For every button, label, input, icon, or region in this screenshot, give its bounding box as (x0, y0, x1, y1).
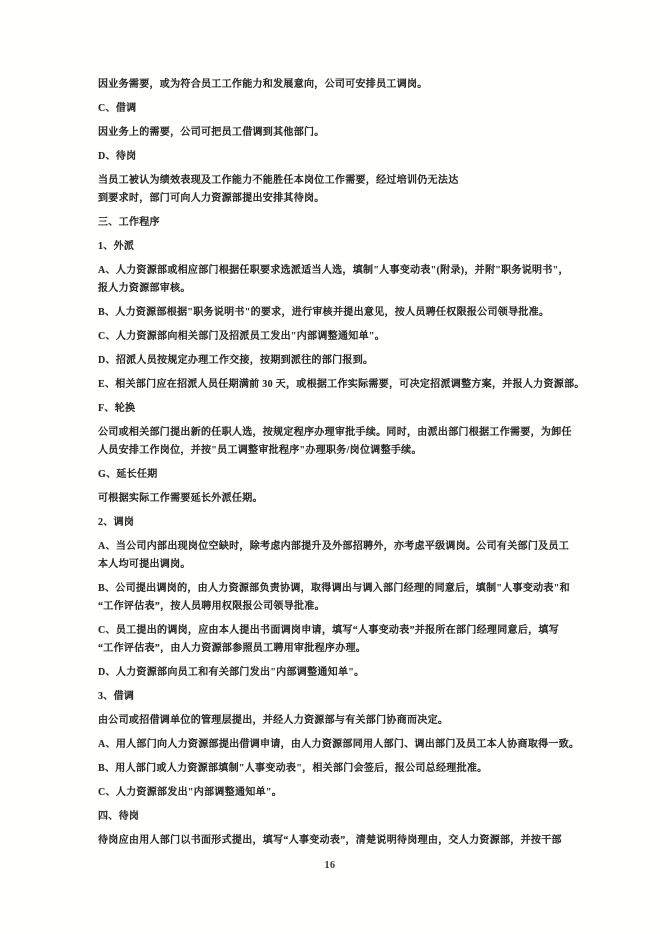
text-line: C、员工提出的调岗，应由本人提出书面调岗申请，填写“人事变动表”并报所在部门经理… (98, 622, 620, 640)
text-line: B、公司提出调岗的，由人力资源部负责协调，取得调出与调入部门经理的同意后，填制"… (98, 580, 620, 598)
document-content: 因业务需要，或为符合员工工作能力和发展意向，公司可安排员工调岗。 C、借调 因业… (0, 76, 660, 850)
text-line: F、轮换 (98, 400, 620, 418)
text-line: 2、调岗 (98, 514, 620, 532)
text-line: 可根据实际工作需要延长外派任期。 (98, 490, 620, 508)
text-line: 四、待岗 (98, 808, 620, 826)
paragraph: D、人力资源部向员工和有关部门发出"内部调整通知单"。 (98, 664, 620, 682)
paragraph: 2、调岗 (98, 514, 620, 532)
section-heading: 四、待岗 (98, 808, 620, 826)
paragraph: D、待岗 (98, 148, 620, 166)
page-number: 16 (0, 858, 660, 874)
paragraph: 由公司或招借调单位的管理层提出，并经人力资源部与有关部门协商而决定。 (98, 712, 620, 730)
paragraph: B、人力资源部根据"职务说明书"的要求，进行审核并提出意见，按人员聘任权限报公司… (98, 304, 620, 322)
paragraph: C、人力资源部发出"内部调整通知单"。 (98, 784, 620, 802)
text-line: A、用人部门向人力资源部提出借调申请，由人力资源部同用人部门、调出部门及员工本人… (98, 736, 620, 754)
paragraph: 当员工被认为绩效表现及工作能力不能胜任本岗位工作需要，经过培训仍无法达 到要求时… (98, 172, 620, 208)
text-line: D、人力资源部向员工和有关部门发出"内部调整通知单"。 (98, 664, 620, 682)
paragraph: F、轮换 (98, 400, 620, 418)
paragraph: B、用人部门或人力资源部填制"人事变动表"，相关部门会签后，报公司总经理批准。 (98, 760, 620, 778)
paragraph: 3、借调 (98, 688, 620, 706)
paragraph: A、人力资源部或相应部门根据任职要求选派适当人选，填制"人事变动表"(附录)，并… (98, 262, 620, 298)
paragraph: B、公司提出调岗的，由人力资源部负责协调，取得调出与调入部门经理的同意后，填制"… (98, 580, 620, 616)
text-line: 因业务需要，或为符合员工工作能力和发展意向，公司可安排员工调岗。 (98, 76, 620, 94)
paragraph: 因业务需要，或为符合员工工作能力和发展意向，公司可安排员工调岗。 (98, 76, 620, 94)
paragraph: A、当公司内部出现岗位空缺时，除考虑内部提升及外部招聘外，亦考虑平级调岗。公司有… (98, 538, 620, 574)
paragraph: 公司或相关部门提出新的任职人选，按规定程序办理审批手续。同时，由派出部门根据工作… (98, 424, 620, 460)
text-line: 到要求时，部门可向人力资源部提出安排其待岗。 (98, 190, 620, 208)
text-line: D、待岗 (98, 148, 620, 166)
paragraph: C、借调 (98, 100, 620, 118)
text-line: “工作评估表”，由人力资源部参照员工聘用审批程序办理。 (98, 640, 620, 658)
text-line: C、人力资源部向相关部门及招派员工发出"内部调整通知单"。 (98, 328, 620, 346)
section-heading: 三、工作程序 (98, 214, 620, 232)
text-line: 公司或相关部门提出新的任职人选，按规定程序办理审批手续。同时，由派出部门根据工作… (98, 424, 620, 442)
text-line: D、招派人员按规定办理工作交接，按期到派往的部门报到。 (98, 352, 620, 370)
text-line: 本人均可提出调岗。 (98, 556, 620, 574)
text-line: 当员工被认为绩效表现及工作能力不能胜任本岗位工作需要，经过培训仍无法达 (98, 172, 620, 190)
text-line: 人员安排工作岗位，并按"员工调整审批程序"办理职务/岗位调整手续。 (98, 442, 620, 460)
text-line: 3、借调 (98, 688, 620, 706)
text-line: 由公司或招借调单位的管理层提出，并经人力资源部与有关部门协商而决定。 (98, 712, 620, 730)
paragraph: C、人力资源部向相关部门及招派员工发出"内部调整通知单"。 (98, 328, 620, 346)
paragraph: 因业务上的需要，公司可把员工借调到其他部门。 (98, 124, 620, 142)
text-line: 1、外派 (98, 238, 620, 256)
text-line: 因业务上的需要，公司可把员工借调到其他部门。 (98, 124, 620, 142)
text-line: E、相关部门应在招派人员任期满前 30 天，或根据工作实际需要，可决定招派调整方… (98, 376, 620, 394)
paragraph: A、用人部门向人力资源部提出借调申请，由人力资源部同用人部门、调出部门及员工本人… (98, 736, 620, 754)
text-line: A、人力资源部或相应部门根据任职要求选派适当人选，填制"人事变动表"(附录)，并… (98, 262, 620, 280)
text-line: 三、工作程序 (98, 214, 620, 232)
text-line: A、当公司内部出现岗位空缺时，除考虑内部提升及外部招聘外，亦考虑平级调岗。公司有… (98, 538, 620, 556)
text-line: B、用人部门或人力资源部填制"人事变动表"，相关部门会签后，报公司总经理批准。 (98, 760, 620, 778)
paragraph: G、延长任期 (98, 466, 620, 484)
paragraph: C、员工提出的调岗，应由本人提出书面调岗申请，填写“人事变动表”并报所在部门经理… (98, 622, 620, 658)
paragraph: E、相关部门应在招派人员任期满前 30 天，或根据工作实际需要，可决定招派调整方… (98, 376, 620, 394)
text-line: G、延长任期 (98, 466, 620, 484)
text-line: C、人力资源部发出"内部调整通知单"。 (98, 784, 620, 802)
text-line: 报人力资源部审核。 (98, 280, 620, 298)
paragraph: D、招派人员按规定办理工作交接，按期到派往的部门报到。 (98, 352, 620, 370)
document-page: 因业务需要，或为符合员工工作能力和发展意向，公司可安排员工调岗。 C、借调 因业… (0, 0, 660, 934)
paragraph: 1、外派 (98, 238, 620, 256)
paragraph: 待岗应由用人部门以书面形式提出，填写“人事变动表”，清楚说明待岗理由，交人力资源… (98, 832, 620, 850)
text-line: 待岗应由用人部门以书面形式提出，填写“人事变动表”，清楚说明待岗理由，交人力资源… (98, 832, 620, 850)
text-line: C、借调 (98, 100, 620, 118)
text-line: “工作评估表”，按人员聘用权限报公司领导批准。 (98, 598, 620, 616)
text-line: B、人力资源部根据"职务说明书"的要求，进行审核并提出意见，按人员聘任权限报公司… (98, 304, 620, 322)
paragraph: 可根据实际工作需要延长外派任期。 (98, 490, 620, 508)
